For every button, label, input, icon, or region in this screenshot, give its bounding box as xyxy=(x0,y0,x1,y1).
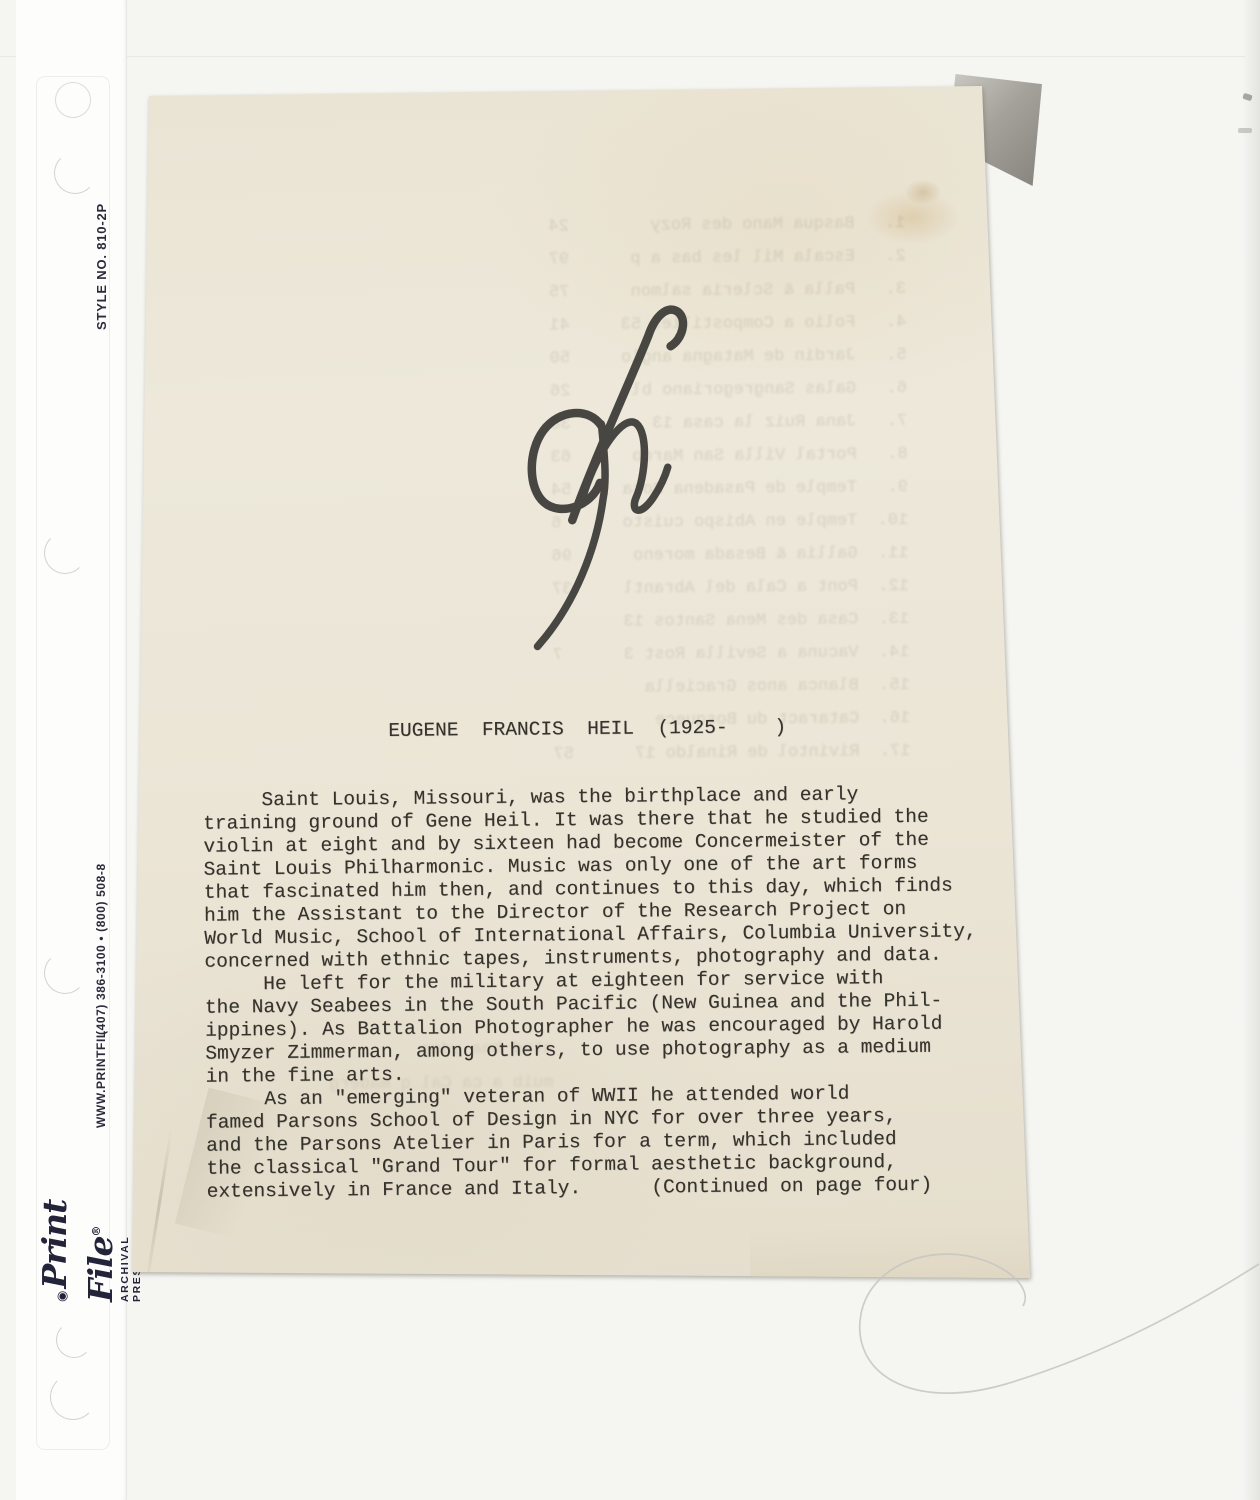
body-text: Saint Louis, Missouri, was the birthplac… xyxy=(203,782,979,1203)
binder-hole-notch xyxy=(44,952,86,994)
paragraph-2: He left for the military at eighteen for… xyxy=(205,967,943,1088)
gh-monogram xyxy=(474,286,798,689)
paragraph-3: As an "emerging" veteran of WWII he atte… xyxy=(206,1083,933,1203)
document-page: 1. Basqua Mano des Rozy 24 2. Escala Mil… xyxy=(130,80,1037,1288)
paper-sheet: 1. Basqua Mano des Rozy 24 2. Escala Mil… xyxy=(130,80,1037,1288)
scan-right-shadow xyxy=(1242,0,1260,1500)
printfile-logo: ◉Print File® ARCHIVAL PRESERVERS xyxy=(38,1200,143,1302)
archival-sleeve-strip: STYLE NO. 810-2P (407) 386-3100 • (800) … xyxy=(16,0,127,1500)
binder-hole-notch xyxy=(50,1374,96,1420)
binder-hole xyxy=(55,82,91,118)
binder-hole-notch xyxy=(56,1322,92,1358)
sleeve-style-number: STYLE NO. 810-2P xyxy=(94,203,109,330)
scanned-document-screenshot: { "sleeve": { "style_no": "STYLE NO. 810… xyxy=(0,0,1260,1500)
printfile-camera-icon: ◉ xyxy=(55,1292,70,1302)
paragraph-1: Saint Louis, Missouri, was the birthplac… xyxy=(203,783,977,972)
binder-hole-notch xyxy=(54,152,96,194)
scan-edge-smudge xyxy=(1238,128,1252,133)
printfile-brand-name: Print File xyxy=(35,1200,120,1302)
sleeve-top-edge-line xyxy=(0,56,1245,57)
registered-trademark-symbol: ® xyxy=(90,1226,103,1237)
page-title: EUGENE FRANCIS HEIL (1925- ) xyxy=(388,716,786,742)
sleeve-phone-number: (407) 386-3100 • (800) 508-8 xyxy=(94,863,108,1035)
binder-hole-notch xyxy=(44,532,86,574)
sleeve-website: WWW.PRINTFIL xyxy=(94,1030,108,1128)
page-content: 1. Basqua Mano des Rozy 24 2. Escala Mil… xyxy=(130,80,1037,1288)
